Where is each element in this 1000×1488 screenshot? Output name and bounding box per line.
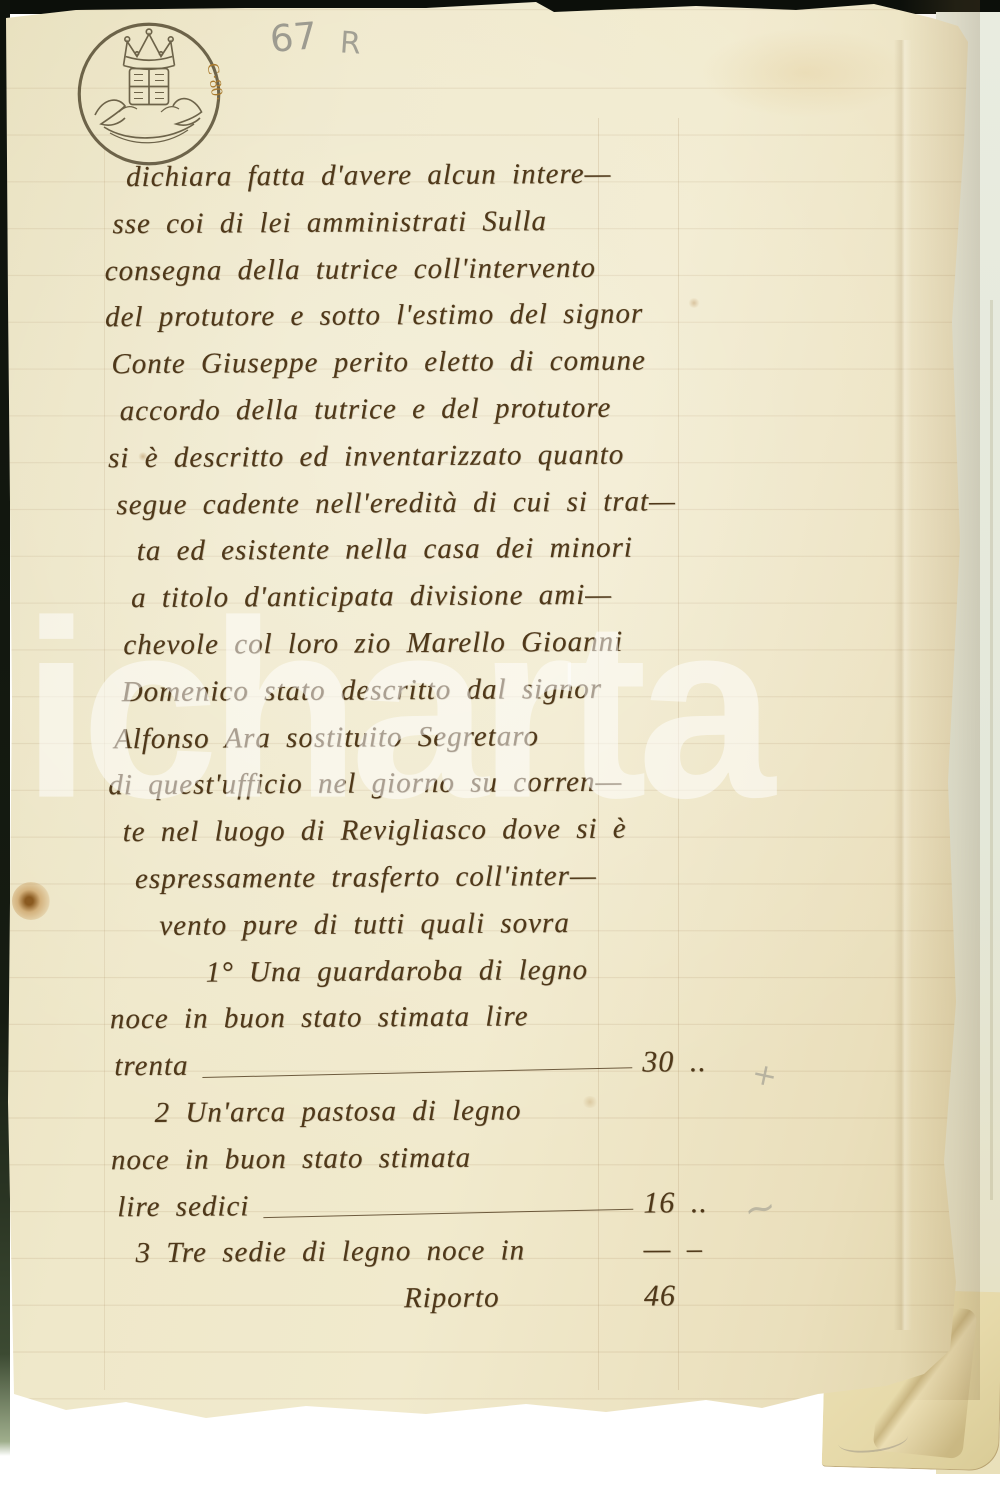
line-text: chevole col loro zio Marello Gioanni xyxy=(123,619,623,669)
amount-lire: 16 .. xyxy=(643,1179,761,1227)
dash-leader xyxy=(263,1208,633,1217)
line-text: di quest'ufficio nel giorno su corren— xyxy=(108,759,622,809)
line-text: accordo della tutrice e del protutore xyxy=(120,385,612,435)
line-text: 1° Una guardaroba di legno xyxy=(205,946,588,995)
line-text: segue cadente nell'eredità di cui si tra… xyxy=(116,478,676,529)
stamp-denomination: C·80· xyxy=(204,62,224,103)
manuscript-line: a titolo d'anticipata divisione ami— xyxy=(107,571,757,622)
line-text: a titolo d'anticipata divisione ami— xyxy=(131,572,612,622)
manuscript-line: Domenico stato descritto dal signor xyxy=(108,664,758,715)
spacer xyxy=(539,1258,633,1260)
inventory-item-1-line: noce in buon stato stimata lire xyxy=(110,992,760,1043)
line-text: Conte Giuseppe perito eletto di comune xyxy=(111,338,646,389)
underlying-sheet-crease xyxy=(990,300,993,1200)
manuscript-line: del protutore e sotto l'estimo del signo… xyxy=(105,290,755,341)
manuscript-line: chevole col loro zio Marello Gioanni xyxy=(107,618,757,669)
manuscript-line: Alfonso Ara sostituito Segretaro xyxy=(108,711,758,762)
pencil-folio-number: 67 xyxy=(268,14,319,61)
ink-stain xyxy=(12,882,50,920)
manuscript-line: si è descritto ed inventarizzato quanto xyxy=(106,431,756,482)
manuscript-line: te nel luogo di Revigliasco dove si è xyxy=(108,805,758,856)
manuscript-line: accordo della tutrice e del protutore xyxy=(106,384,756,435)
pencil-recto-mark: R xyxy=(339,25,362,61)
inventory-item-1-total: trenta30 .. xyxy=(110,1039,760,1090)
line-text: si è descritto ed inventarizzato quanto xyxy=(108,431,625,481)
line-text: del protutore e sotto l'estimo del signo… xyxy=(105,291,643,342)
manuscript-line: consegna della tutrice coll'intervento xyxy=(105,243,755,294)
inventory-item-1-line: 1° Una guardaroba di legno xyxy=(109,945,759,996)
inventory-item-2-line: 2 Un'arca pastosa di legno xyxy=(110,1086,760,1137)
line-text: te nel luogo di Revigliasco dove si è xyxy=(122,806,626,856)
line-text: sse coi di lei amministrati Sulla xyxy=(112,198,547,248)
line-text: Alfonso Ara sostituito Segretaro xyxy=(114,713,539,763)
line-text: espressamente trasferto coll'inter— xyxy=(135,853,597,903)
scanned-manuscript-page: C·80· 67 R + ~ dichiara fatta d'avere al… xyxy=(0,0,1000,1488)
manuscript-line: ta ed esistente nella casa dei minori xyxy=(107,524,757,575)
manuscript-line: dichiara fatta d'avere alcun intere— xyxy=(104,150,754,201)
inventory-item-2-line: noce in buon stato stimata xyxy=(111,1132,761,1183)
vertical-fold-crease xyxy=(894,40,912,1330)
age-discoloration xyxy=(700,28,910,118)
manuscript-line: di quest'ufficio nel giorno su corren— xyxy=(108,758,758,809)
inventory-item-3-line: 3 Tre sedie di legno noce in— – xyxy=(111,1226,761,1277)
line-text: 3 Tre sedie di legno noce in xyxy=(135,1228,525,1278)
inventory-item-2-total: lire sedici16 .. xyxy=(111,1179,761,1230)
line-text: consegna della tutrice coll'intervento xyxy=(105,244,597,294)
riporto-label: Riporto xyxy=(404,1275,500,1322)
line-text: vento pure di tutti quali sovra xyxy=(159,900,570,950)
line-text: ta ed esistente nella casa dei minori xyxy=(137,525,634,575)
line-text: 2 Un'arca pastosa di legno xyxy=(154,1087,521,1136)
riporto-amount: 46 xyxy=(644,1273,762,1321)
line-text: trenta xyxy=(114,1043,189,1090)
line-text: lire sedici xyxy=(117,1183,249,1231)
dash-leader xyxy=(203,1067,633,1078)
amount-dash: — – xyxy=(643,1226,761,1274)
line-text: Domenico stato descritto dal signor xyxy=(122,666,603,716)
line-text: noce in buon stato stimata lire xyxy=(110,994,529,1044)
manuscript-line: vento pure di tutti quali sovra xyxy=(109,898,759,949)
amount-lire: 30 .. xyxy=(642,1039,760,1087)
manuscript-line: segue cadente nell'eredità di cui si tra… xyxy=(106,477,756,528)
manuscript-text-block: dichiara fatta d'avere alcun intere— sse… xyxy=(104,150,762,1324)
line-text: noce in buon stato stimata xyxy=(111,1134,471,1183)
manuscript-line: sse coi di lei amministrati Sulla xyxy=(104,197,754,248)
spacer xyxy=(514,1305,634,1308)
riporto-row: Riporto46 xyxy=(112,1273,762,1324)
revenue-stamp-icon: C·80· xyxy=(74,18,224,170)
manuscript-line: Conte Giuseppe perito eletto di comune xyxy=(105,337,755,388)
manuscript-line: espressamente trasferto coll'inter— xyxy=(109,852,759,903)
line-text: dichiara fatta d'avere alcun intere— xyxy=(126,151,612,201)
